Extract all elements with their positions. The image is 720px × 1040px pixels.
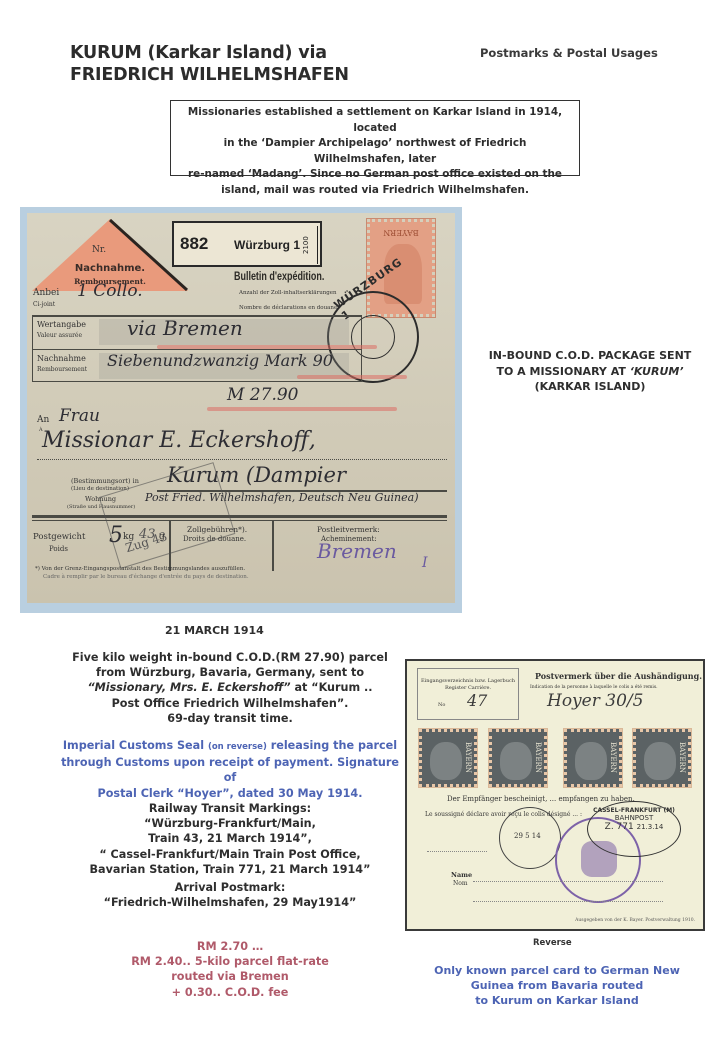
routing-value: Bremen — [317, 539, 397, 563]
office-code: 2100 — [302, 226, 318, 264]
cover-date: 21 MARCH 1914 — [165, 624, 264, 637]
fee-breakdown: RM 2.70 … RM 2.40.. 5-kilo parcel flat-r… — [60, 939, 400, 1000]
addressee: “Missionary, Mrs. E. Eckershoff” — [87, 681, 290, 694]
clerk-signature: Hoyer 30/5 — [547, 691, 643, 711]
bavaria-stamp-grey: BAYERN — [489, 729, 547, 787]
caption-line-1: IN-BOUND C.O.D. PACKAGE SENT — [470, 348, 710, 364]
page-title: KURUM (Karkar Island) via FRIEDRICH WILH… — [70, 42, 349, 86]
confirm-de: Der Empfänger bescheinigt, ... empfangen… — [447, 795, 635, 803]
cod-amount: M 27.90 — [227, 385, 298, 405]
arrival-value: “Friedrich-Wilhelmshafen, 29 May1914” — [60, 895, 400, 910]
arrival-postmark: Arrival Postmark: “Friedrich-Wilhelmshaf… — [60, 880, 400, 910]
nachnahme-field-sub: Remboursement — [37, 365, 87, 374]
bavaria-stamp-grey: BAYERN — [564, 729, 622, 787]
anbei-sub: Ci-joint — [33, 300, 55, 309]
arrival-heading: Arrival Postmark: — [60, 880, 400, 895]
stamp-country: BAYERN — [370, 228, 432, 237]
nachnahme-nr: Nr. — [92, 245, 106, 255]
weight-kg-unit: kg — [123, 533, 134, 542]
reverse-label: Reverse — [533, 938, 572, 948]
nachnahme-title: Nachnahme. — [32, 263, 188, 274]
name-sub: Nom — [453, 880, 468, 887]
parcel-card-front: Nr. Nachnahme. Remboursement. 882 Würzbu… — [27, 213, 455, 603]
intro-box: Missionaries established a settlement on… — [170, 100, 580, 176]
intro-line: in the ‘Dampier Archipelago’ northwest o… — [177, 136, 573, 167]
routing-number: I — [422, 555, 428, 571]
wert-label: Wertangabe — [37, 320, 86, 329]
delivery-heading: Postvermerk über die Aushändigung. — [535, 671, 702, 681]
section-title: Postmarks & Postal Usages — [480, 46, 658, 60]
bulletin-heading: Bulletin d'expédition. — [234, 271, 324, 283]
caption-line-2: TO A MISSIONARY AT ‘KURUM’ — [470, 364, 710, 380]
wert-value: via Bremen — [127, 316, 243, 340]
arrival-postmark-strike: 29 5 14 — [499, 807, 561, 869]
weight-g: 43 — [139, 527, 156, 542]
weight-sub: Poids — [49, 545, 68, 554]
bavaria-stamp-grey: BAYERN — [633, 729, 691, 787]
caption-line-3: (KARKAR ISLAND) — [470, 379, 710, 395]
title-line-2: FRIEDRICH WILHELMSHAFEN — [70, 64, 349, 86]
confirm-fr: Le soussigné déclare avoir reçu le colis… — [425, 811, 582, 818]
footnote-fr: Cadre à remplir par le bureau d'échange … — [43, 573, 249, 582]
caption-kurum: ‘KURUM’ — [630, 365, 684, 378]
zoll-sub: Nombre de déclarations en douane — [239, 304, 337, 313]
railway-markings: Railway Transit Markings: “Würzburg-Fran… — [60, 801, 400, 877]
parcel-card-reverse: Eingangsverzeichnis bzw. Lagerbuch Regis… — [405, 659, 705, 931]
wert-sub: Valeur assurée — [37, 331, 82, 340]
intro-line: island, mail was routed via Friedrich Wi… — [177, 183, 573, 199]
railway-heading: Railway Transit Markings: — [60, 801, 400, 816]
weight-label: Postgewicht — [33, 533, 85, 542]
anbei-value: 1 Collo. — [77, 281, 143, 301]
weight-g-unit: g — [159, 533, 165, 542]
recipient-name: Missionar E. Eckershoff, — [42, 428, 316, 453]
bahnpost-oval-postmark: CASSEL-FRANKFURT (M) BAHNPOST Z. 771 21.… — [587, 801, 681, 857]
recipient-title: Frau — [59, 406, 100, 426]
parcel-number: 882 — [180, 234, 208, 254]
title-line-1: KURUM (Karkar Island) via — [70, 42, 349, 64]
bavaria-stamp-grey: BAYERN — [419, 729, 477, 787]
cover-caption: IN-BOUND C.O.D. PACKAGE SENT TO A MISSIO… — [470, 348, 710, 395]
origin-office: Würzburg 1 — [234, 238, 300, 252]
weight-kg: 5 — [109, 523, 123, 548]
register-number: 47 — [467, 691, 487, 710]
anbei-label: Anbei — [33, 289, 59, 298]
customs-sub: Droits de douane. — [183, 535, 246, 544]
intro-line: re-named ‘Madang’. Since no German post … — [177, 167, 573, 183]
card-footer: Ausgegeben von der K. Bayer. Postverwalt… — [575, 918, 695, 923]
rarity-note: Only known parcel card to German New Gui… — [412, 963, 702, 1008]
customs-note: Imperial Customs Seal (on reverse) relea… — [60, 738, 400, 801]
an-label: An — [37, 416, 49, 425]
description-block: Five kilo weight in-bound C.O.D.(RM 27.9… — [60, 650, 400, 726]
parcel-number-label: 882 Würzburg 1 2100 — [172, 221, 322, 267]
delivery-heading-sub: Indication de la personne à laquelle le … — [530, 685, 658, 690]
name-label: Name — [451, 871, 472, 879]
zoll-label: Anzahl der Zoll-inhaltserklärungen — [239, 289, 339, 298]
routing-label: Postleitvermerk: — [317, 525, 380, 534]
nachnahme-amount-words: Siebenundzwanzig Mark 90 — [107, 351, 333, 370]
intro-line: Missionaries established a settlement on… — [177, 105, 573, 136]
customs-label: Zollgebühren*). — [187, 525, 247, 534]
nachnahme-field-label: Nachnahme — [37, 354, 86, 363]
